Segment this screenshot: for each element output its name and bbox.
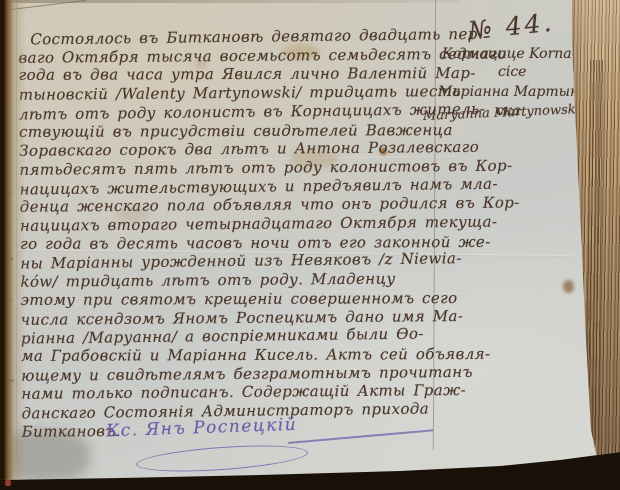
register-page-paper: Состоялось въ Биткановѣ девятаго двадцат… xyxy=(0,0,620,490)
record-number: № 44. xyxy=(467,8,556,46)
text-line: ствующій въ присудствіи свидѣтелей Вавже… xyxy=(19,121,433,142)
binding-gutter-shadow xyxy=(0,0,26,490)
register-page-photo: Состоялось въ Биткановѣ девятаго двадцат… xyxy=(0,0,620,490)
text-line: ków/ тридцать лѣтъ отъ роду. Младенцу xyxy=(20,269,434,291)
fore-edge-dark-streaks xyxy=(586,60,604,440)
red-speck xyxy=(5,480,11,486)
text-line: ма Грабовскій и Маріанна Кисель. Актъ се… xyxy=(21,345,435,366)
margin-place-name-continued: cice xyxy=(498,64,526,80)
text-line: нацицахъ втораго четырнадцатаго Октября … xyxy=(20,213,434,235)
text-line: года въ два часа утра Явился лично Вален… xyxy=(19,65,433,86)
paper-stain xyxy=(563,280,574,293)
text-line: этому при святомъ крещеніи совершенномъ … xyxy=(21,289,435,310)
open-book: Состоялось въ Биткановѣ девятаго двадцат… xyxy=(0,0,620,490)
record-body-text: Состоялось въ Биткановѣ девятаго двадцат… xyxy=(18,26,436,441)
margin-place-name: Корнацице Korna- xyxy=(442,46,576,62)
signature-flourish-oval xyxy=(135,441,308,476)
